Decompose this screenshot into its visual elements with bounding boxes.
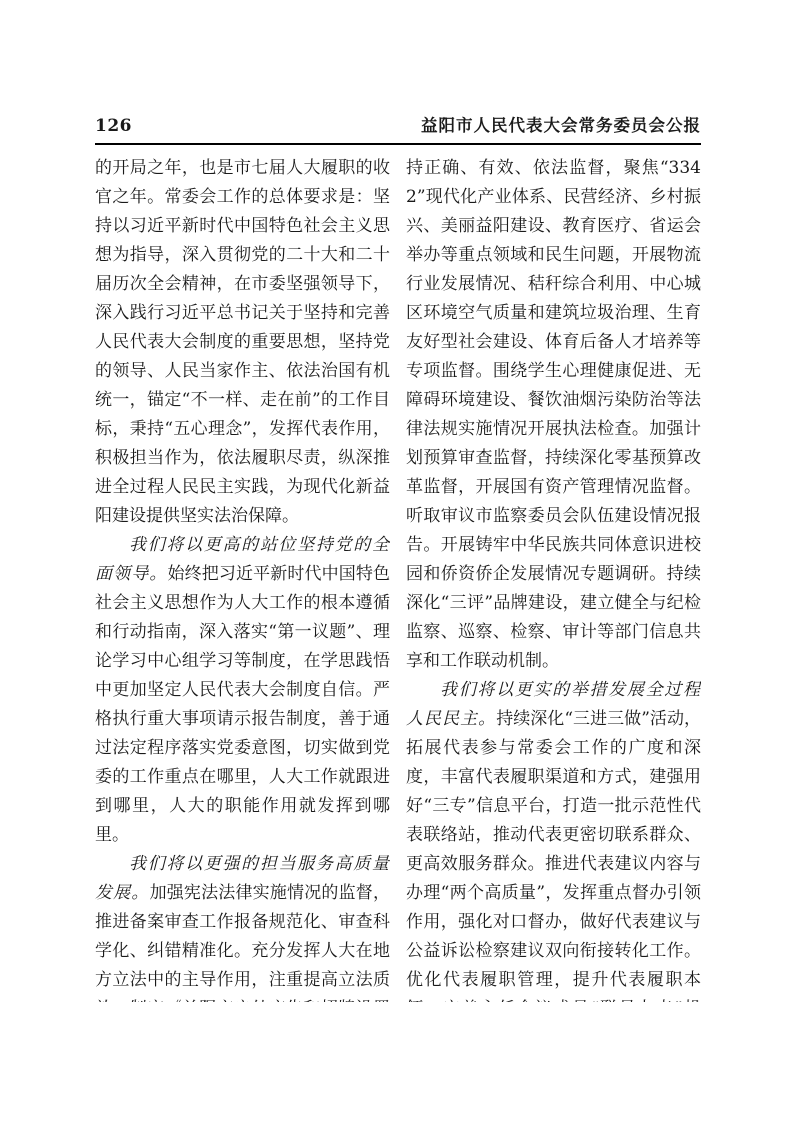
page-number: 126	[95, 116, 132, 136]
body-text: 的开局之年，也是市七届人大履职的收官之年。常委会工作的总体要求是：坚持以习近平新…	[95, 158, 390, 526]
paragraph: 我们将以更实的举措发展全过程人民民主。持续深化“三进三做”活动，拓展代表参与常委…	[406, 676, 701, 1002]
body-text: 持正确、有效、依法监督，聚焦“3342”现代化产业体系、民营经济、乡村振兴、美丽…	[406, 158, 701, 671]
page-content: 126 益阳市人民代表大会常务委员会公报 的开局之年，也是市七届人大履职的收官之…	[95, 112, 701, 1002]
body-text: 始终把习近平新时代中国特色社会主义思想作为人大工作的根本遵循和行动指南，深入落实…	[95, 564, 390, 845]
paragraph: 持正确、有效、依法监督，聚焦“3342”现代化产业体系、民营经济、乡村振兴、美丽…	[406, 154, 701, 676]
paragraph: 我们将以更强的担当服务高质量发展。加强宪法法律实施情况的监督，推进备案审查工作报…	[95, 850, 390, 1002]
right-column: 持正确、有效、依法监督，聚焦“3342”现代化产业体系、民营经济、乡村振兴、美丽…	[406, 154, 701, 1002]
bulletin-page: { "header": { "page_number": "126", "jou…	[0, 0, 794, 1122]
body-text: 持续深化“三进三做”活动，拓展代表参与常委会工作的广度和深度，丰富代表履职渠道和…	[406, 709, 701, 1002]
paragraph: 的开局之年，也是市七届人大履职的收官之年。常委会工作的总体要求是：坚持以习近平新…	[95, 154, 390, 531]
page-header: 126 益阳市人民代表大会常务委员会公报	[95, 112, 701, 145]
paragraph: 我们将以更高的站位坚持党的全面领导。始终把习近平新时代中国特色社会主义思想作为人…	[95, 531, 390, 850]
left-column: 的开局之年，也是市七届人大履职的收官之年。常委会工作的总体要求是：坚持以习近平新…	[95, 154, 390, 1002]
journal-title: 益阳市人民代表大会常务委员会公报	[421, 112, 701, 136]
text-columns: 的开局之年，也是市七届人大履职的收官之年。常委会工作的总体要求是：坚持以习近平新…	[95, 154, 701, 1002]
